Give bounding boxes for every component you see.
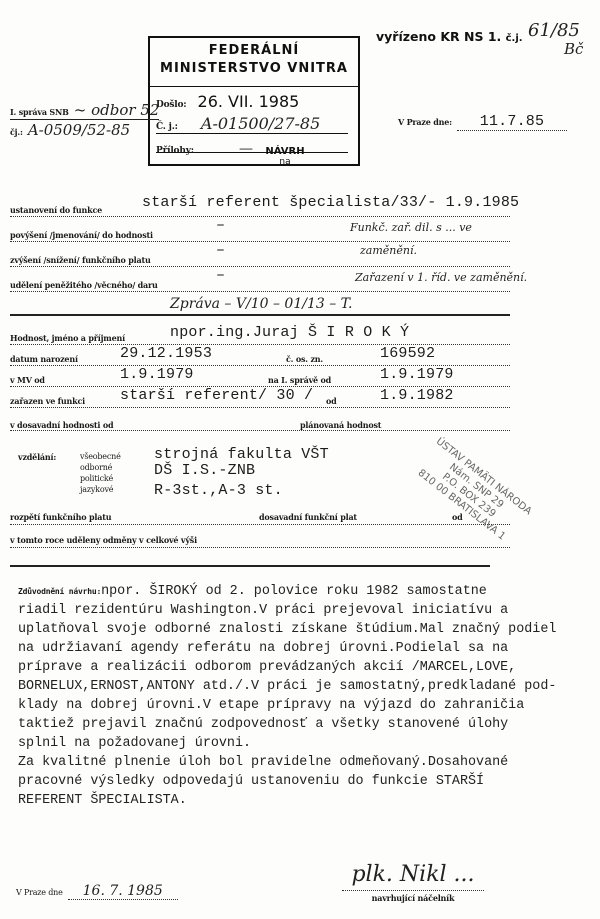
dob-label: datum narození xyxy=(10,354,78,364)
stamp-received-label: Došlo: xyxy=(156,100,186,110)
planned-rank-label: plánovaná hodnost xyxy=(300,420,381,430)
proposal-row-label: povýšení /jmenování/ do hodnosti xyxy=(10,230,153,240)
name-row: Hodnost, jméno a příjmení npor.ing.Juraj… xyxy=(10,320,510,345)
education-professional-value: DŠ I.S.-ZNB xyxy=(154,462,255,479)
proposal-row: povýšení /jmenování/ do hodnosti – Funkč… xyxy=(10,217,510,242)
proposal-row-note: Zařazení v 1. říd. ve zaměnění. xyxy=(355,271,527,284)
justification-line: Za kvalitné plnenie úloh bol pravidelne … xyxy=(18,753,556,772)
stamp-received-row: Došlo: 26. VII. 1985 xyxy=(156,92,299,111)
proposal-row-note: zaměnění. xyxy=(360,244,417,257)
justification-line: splnil na požadovanej úrovni. xyxy=(18,734,556,753)
proposal-rows: ustanovení do funkce starší referent špe… xyxy=(10,192,510,292)
title-sub: na xyxy=(240,157,330,167)
justification-line: na udržiavaní agendy referátu na dobrej … xyxy=(18,639,556,658)
justification-line: pracovné výsledky odpovedajú ustanoveniu… xyxy=(18,772,556,791)
position-value: starší referent/ 30 / xyxy=(120,387,313,404)
education-language-label: jazykové xyxy=(80,485,113,494)
dept-since-label: na I. správě od xyxy=(268,375,331,385)
proposal-row: ustanovení do funkce starší referent špe… xyxy=(10,192,510,217)
handwritten-reference: 61/85 Bč xyxy=(528,22,583,58)
position-since-value: 1.9.1982 xyxy=(380,387,454,404)
justification-line: riadil rezidentúru Washington.V práci pr… xyxy=(18,601,556,620)
top-date-value: 11.7.85 xyxy=(457,113,567,131)
proposal-row-label: udělení peněžitého /věcného/ daru xyxy=(10,280,158,290)
sender-label: I. správa SNB xyxy=(10,107,69,117)
stamp-attachments-label: Přílohy: xyxy=(156,146,194,156)
proposal-row-label: ustanovení do funkce xyxy=(10,205,102,215)
title-main: NÁVRH xyxy=(240,146,330,157)
sender-dept: ~ odbor 52 xyxy=(74,101,160,119)
proposal-row-value: starší referent špecialista/33/- 1.9.198… xyxy=(142,194,519,211)
signature: plk. Nikl ... xyxy=(342,860,484,891)
mv-since-row: v MV od 1.9.1979 na I. správě od 1.9.197… xyxy=(10,366,510,387)
proposal-row-value: – xyxy=(216,217,225,234)
proposal-row-value: – xyxy=(216,242,225,259)
education-general-label: všeobecné xyxy=(80,452,121,461)
handwritten-ref-line1: 61/85 xyxy=(528,22,583,40)
rank-since-row: v dosavadní hodnosti od plánovaná hodnos… xyxy=(10,408,510,431)
dob-value: 29.12.1953 xyxy=(120,345,212,362)
sender-block: I. správa SNB ~ odbor 52 čj.: A-0509/52-… xyxy=(10,100,159,139)
stamp-cj-row: Č. j.: A-01500/27-85 xyxy=(156,114,348,134)
salary-row: rozpětí funkčního platu dosavadní funkčn… xyxy=(10,508,510,525)
current-salary-label: dosavadní funkční plat xyxy=(257,512,359,522)
dob-row: datum narození 29.12.1953 č. os. zn. 169… xyxy=(10,345,510,366)
bonus-row: v tomto roce uděleny odměny v celkové vý… xyxy=(10,525,510,548)
handwritten-code: Zpráva – V/10 – 01/13 – T. xyxy=(170,296,352,312)
stamp-header: FEDERÁLNÍ MINISTERSTVO VNITRA xyxy=(150,38,358,87)
stamp-cj-value: A-01500/27-85 xyxy=(201,114,320,133)
proposal-row: zvýšení /snížení/ funkčního platu – zamě… xyxy=(10,242,510,267)
salary-block: rozpětí funkčního platu dosavadní funkčn… xyxy=(10,508,510,548)
justification-line: uplatňoval svoje odborné znalosti získan… xyxy=(18,620,556,639)
stamp-line2: MINISTERSTVO VNITRA xyxy=(150,60,358,78)
bonus-label: v tomto roce uděleny odměny v celkové vý… xyxy=(10,535,199,545)
person-block: Hodnost, jméno a příjmení npor.ing.Juraj… xyxy=(10,320,510,431)
justification-line: npor. ŠIROKÝ od 2. polovice roku 1982 sa… xyxy=(101,584,487,599)
top-date: V Praze dne: 11.7.85 xyxy=(398,110,567,131)
mv-since-label: v MV od xyxy=(10,375,45,385)
justification-line: taktiež prejavil značnú zodpovednosť a v… xyxy=(18,715,556,734)
education-general-value: strojná fakulta VŠT xyxy=(154,446,329,463)
handwritten-ref-line2: Bč xyxy=(564,40,583,58)
education-political-label: politické xyxy=(80,474,113,483)
salary-range-label: rozpětí funkčního platu xyxy=(10,512,113,522)
sender-cj-label: čj.: xyxy=(10,127,23,137)
mv-since-value: 1.9.1979 xyxy=(120,366,194,383)
document-title: NÁVRH na xyxy=(240,146,330,167)
education-language-value: R-3st.,A-3 st. xyxy=(154,482,283,499)
signature-label: navrhující náčelník xyxy=(342,893,484,903)
dept-since-value: 1.9.1979 xyxy=(380,366,454,383)
proposal-row-note: Funkč. zař. dil. s ... ve xyxy=(350,221,472,234)
justification-block: Zdůvodnění návrhu:npor. ŠIROKÝ od 2. pol… xyxy=(18,579,556,810)
sender-cj-value: A-0509/52-85 xyxy=(28,121,130,139)
proposal-row: udělení peněžitého /věcného/ daru – Zařa… xyxy=(10,267,510,292)
top-date-label: V Praze dne: xyxy=(398,117,452,127)
justification-line: klady na dobrej úrovni.V etape prípravy … xyxy=(18,696,556,715)
education-professional-label: odborné xyxy=(80,463,112,472)
position-row: zařazen ve funkci starší referent/ 30 / … xyxy=(10,387,510,408)
name-value: npor.ing.Juraj Š I R O K Ý xyxy=(170,324,409,341)
proposal-row-label: zvýšení /snížení/ funkčního platu xyxy=(10,255,151,265)
footer-date: V Praze dne 16. 7. 1985 xyxy=(16,880,178,900)
position-label: zařazen ve funkci xyxy=(10,396,85,406)
section-divider xyxy=(10,565,490,567)
sender-dept-text: odbor 52 xyxy=(91,101,159,119)
justification-label: Zdůvodnění návrhu: xyxy=(18,587,101,596)
personal-number-value: 169592 xyxy=(380,345,435,362)
rank-since-label: v dosavadní hodnosti od xyxy=(10,420,113,430)
signature-block: plk. Nikl ... navrhující náčelník xyxy=(342,860,484,903)
personal-number-label: č. os. zn. xyxy=(286,354,323,364)
stamp-received-value: 26. VII. 1985 xyxy=(198,92,300,111)
justification-line: BORNELUX,ERNOST,ANTONY atd./.V práci je … xyxy=(18,677,556,696)
name-label: Hodnost, jméno a příjmení xyxy=(10,333,125,343)
stamp-line1: FEDERÁLNÍ xyxy=(150,42,358,60)
processed-note-text: vyřízeno KR NS 1. xyxy=(376,29,501,44)
justification-line: príprave a realizácii odborom prevádzaný… xyxy=(18,658,556,677)
footer-date-value: 16. 7. 1985 xyxy=(68,883,178,900)
footer-date-label: V Praze dne xyxy=(16,888,63,897)
processed-note-mark: č.j. xyxy=(506,33,523,44)
justification-line: REFERENT ŠPECIALISTA. xyxy=(18,791,556,810)
education-label: vzdělání: xyxy=(18,452,56,462)
processed-note: vyřízeno KR NS 1. č.j. xyxy=(376,29,523,44)
proposal-row-value: – xyxy=(216,267,225,284)
section-divider xyxy=(10,314,510,316)
position-since-label: od xyxy=(326,396,337,406)
